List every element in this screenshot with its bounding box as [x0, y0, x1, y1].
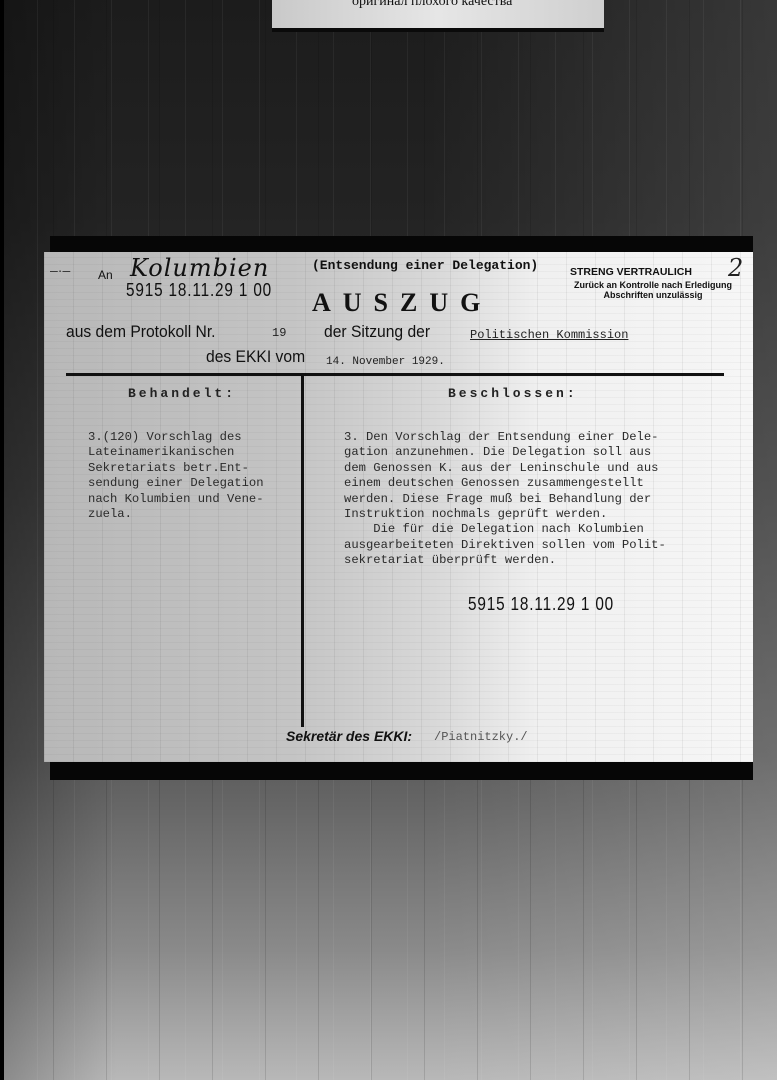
- resolution-text: 3. Den Vorschlag der Entsendung einer De…: [344, 430, 666, 569]
- protocol-label: aus dem Protokoll Nr.: [66, 322, 216, 342]
- agenda-item-text: 3.(120) Vorschlag des Lateinamerikanisch…: [88, 430, 264, 522]
- quality-note: оригинал плохого качества: [352, 0, 512, 10]
- ekki-label: des EKKI vom: [206, 347, 305, 367]
- page-number: 2: [728, 254, 743, 282]
- column-heading-resolved: Beschlossen:: [448, 386, 578, 401]
- registry-stamp-bottom: 5915 18.11.29 1 00: [468, 594, 614, 615]
- archive-quality-slip: оригинал плохого качества: [272, 0, 604, 28]
- film-edge: [0, 0, 4, 1080]
- registry-stamp-top: 5915 18.11.29 1 00: [126, 280, 272, 301]
- protocol-number: 19: [272, 326, 286, 340]
- commission-name: Politischen Kommission: [470, 328, 628, 342]
- protocol-extract-card: –·– An Kolumbien 5915 18.11.29 1 00 (Ent…: [44, 252, 753, 762]
- document-title: AUSZUG: [312, 288, 492, 318]
- header-divider: [66, 373, 724, 376]
- column-heading-treated: Behandelt:: [128, 386, 236, 401]
- secretary-label: Sekretär des EKKI:: [286, 728, 412, 744]
- subject-line: (Entsendung einer Delegation): [312, 258, 538, 273]
- addressee-label: An: [98, 268, 113, 282]
- session-date: 14. November 1929.: [326, 356, 445, 368]
- return-note: Zurück an Kontrolle nach Erledigung Absc…: [548, 280, 753, 300]
- session-label: der Sitzung der: [324, 322, 430, 342]
- secretary-signature: /Piatnitzky./: [434, 730, 528, 744]
- column-divider: [301, 373, 304, 727]
- addressee-handwritten: Kolumbien: [130, 254, 269, 282]
- margin-mark: –·–: [50, 262, 70, 278]
- classification-label: STRENG VERTRAULICH: [570, 266, 692, 278]
